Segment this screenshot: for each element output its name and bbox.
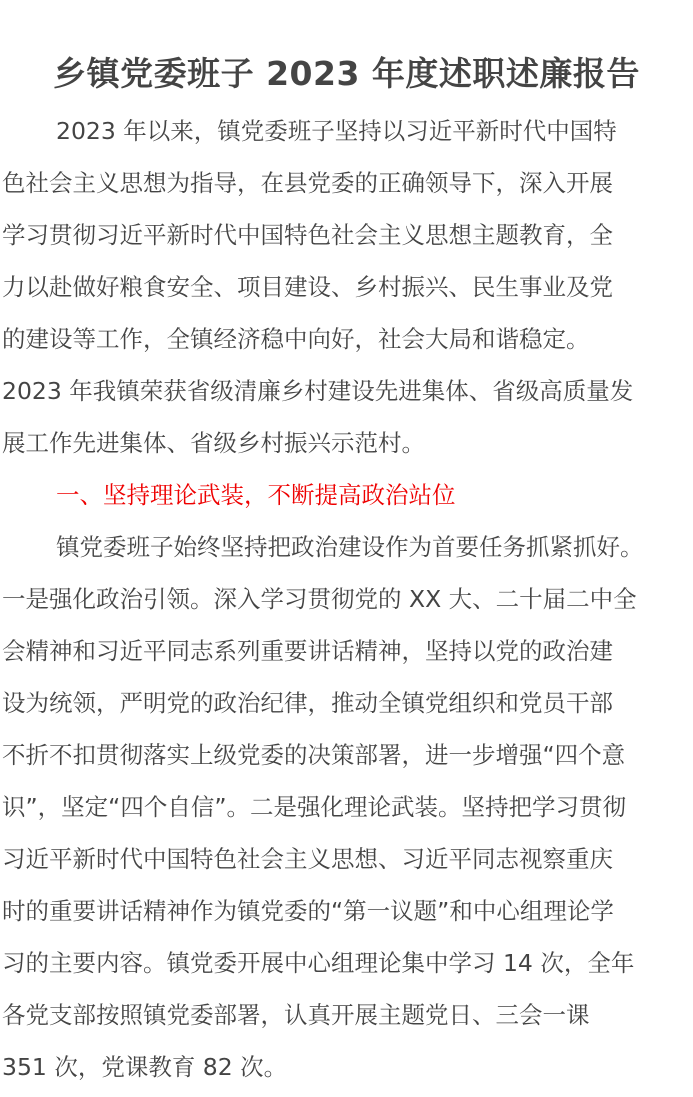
body-line: 识”，坚定“四个自信”。二是强化理论武装。坚持把学习贯彻 bbox=[2, 781, 693, 833]
body-line: 时的重要讲话精神作为镇党委的“第一议题”和中心组理论学 bbox=[2, 885, 693, 937]
body-line: 学习贯彻习近平新时代中国特色社会主义思想主题教育，全 bbox=[2, 209, 693, 261]
section-heading: 一、坚持理论武装，不断提高政治站位 bbox=[2, 469, 693, 521]
body-line: 一是强化政治引领。深入学习贯彻党的 XX 大、二十届二中全 bbox=[2, 573, 693, 625]
body-line: 设为统领，严明党的政治纪律，推动全镇党组织和党员干部 bbox=[2, 677, 693, 729]
body-line: 的建设等工作，全镇经济稳中向好，社会大局和谐稳定。 bbox=[2, 313, 693, 365]
body-line: 力以赴做好粮食安全、项目建设、乡村振兴、民生事业及党 bbox=[2, 261, 693, 313]
body-line: 2023 年以来，镇党委班子坚持以习近平新时代中国特 bbox=[2, 105, 693, 157]
document-body: 2023 年以来，镇党委班子坚持以习近平新时代中国特 色社会主义思想为指导，在县… bbox=[2, 105, 693, 1093]
body-line: 会精神和习近平同志系列重要讲话精神，坚持以党的政治建 bbox=[2, 625, 693, 677]
body-line: 不折不扣贯彻落实上级党委的决策部署，进一步增强“四个意 bbox=[2, 729, 693, 781]
document-title: 乡镇党委班子 2023 年度述职述廉报告 bbox=[0, 50, 693, 98]
title-year: 2023 bbox=[266, 54, 360, 93]
body-line: 各党支部按照镇党委部署，认真开展主题党日、三会一课 bbox=[2, 989, 693, 1041]
body-line: 展工作先进集体、省级乡村振兴示范村。 bbox=[2, 417, 693, 469]
title-prefix: 乡镇党委班子 bbox=[53, 54, 266, 93]
body-line: 2023 年我镇荣获省级清廉乡村建设先进集体、省级高质量发 bbox=[2, 365, 693, 417]
body-line: 351 次，党课教育 82 次。 bbox=[2, 1041, 693, 1093]
title-suffix: 年度述职述廉报告 bbox=[360, 54, 640, 93]
body-line: 习近平新时代中国特色社会主义思想、习近平同志视察重庆 bbox=[2, 833, 693, 885]
body-line: 镇党委班子始终坚持把政治建设作为首要任务抓紧抓好。 bbox=[2, 521, 693, 573]
body-line: 习的主要内容。镇党委开展中心组理论集中学习 14 次，全年 bbox=[2, 937, 693, 989]
body-line: 色社会主义思想为指导，在县党委的正确领导下，深入开展 bbox=[2, 157, 693, 209]
